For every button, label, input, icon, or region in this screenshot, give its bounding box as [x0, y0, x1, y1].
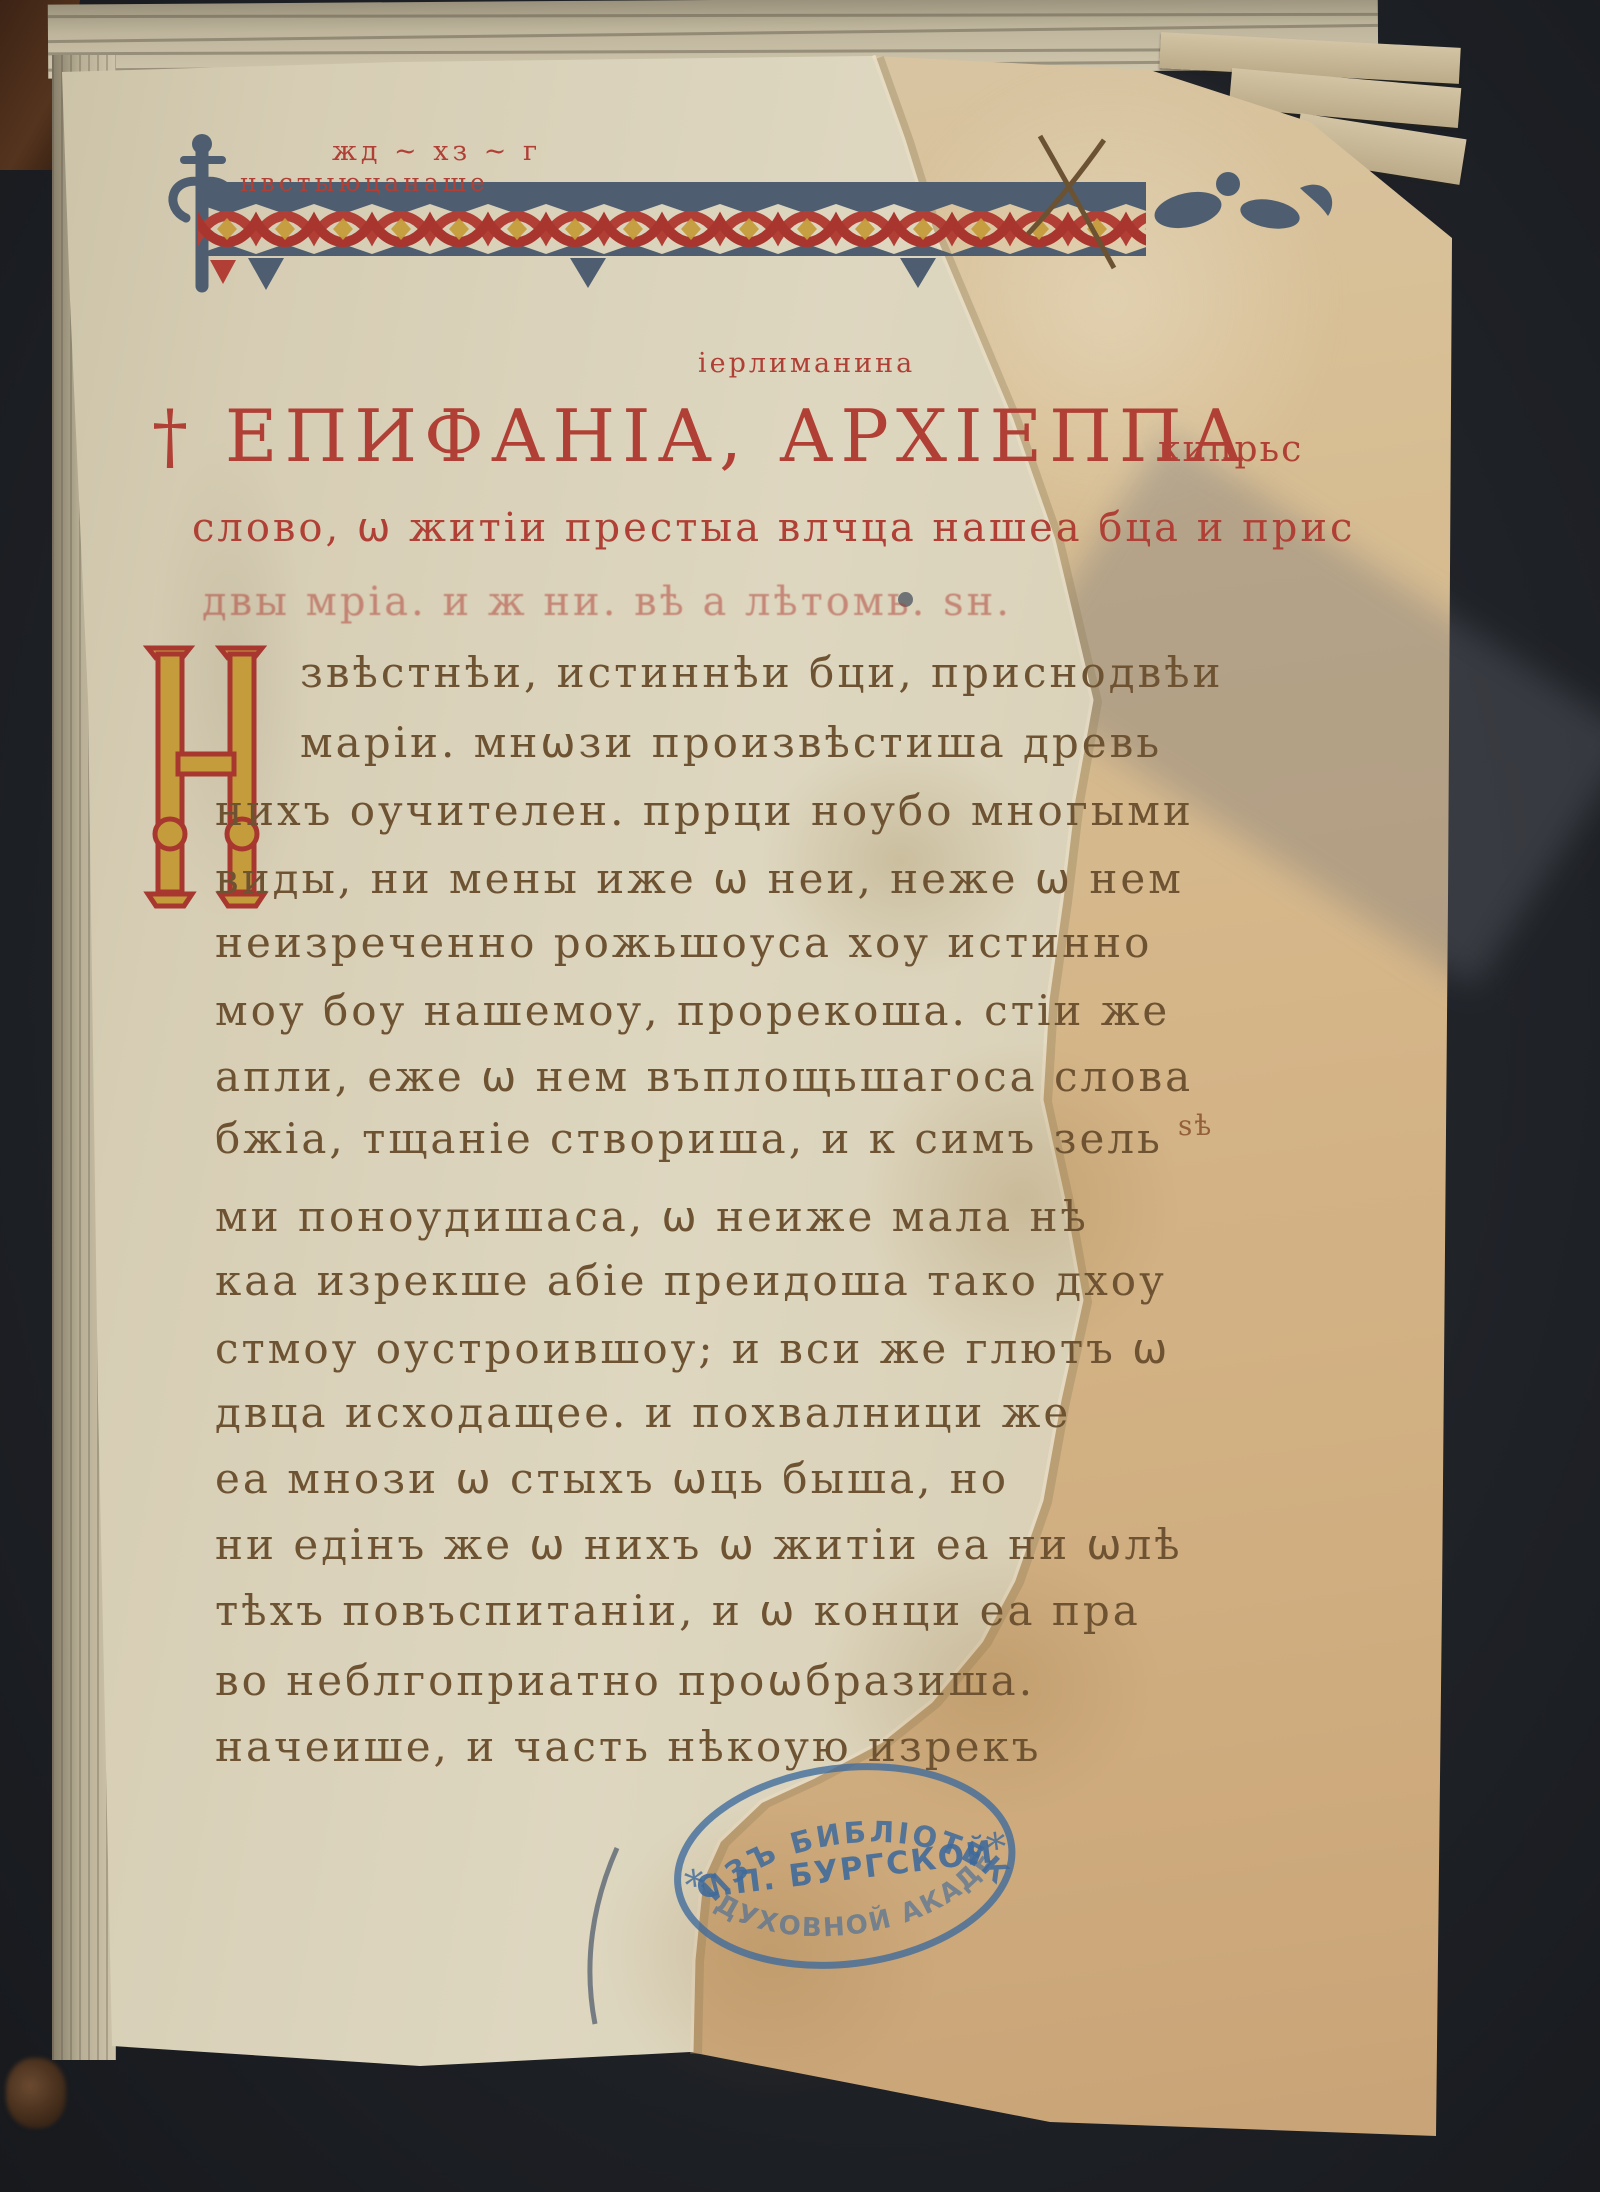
top-margin-marks: жд ~ хз ~ г	[332, 138, 541, 165]
headpiece-interlace	[140, 118, 1360, 318]
text-line: ми поноудишаса, ѡ неиже мала нѣ	[215, 1196, 1089, 1238]
text-line: апли, еже ѡ нем въплощьшагоса слова	[215, 1056, 1193, 1098]
pen-cross-mark	[1018, 126, 1128, 276]
manuscript-photo: жд ~ хз ~ г нвстыюцанаше іерлиманина † Е…	[0, 0, 1600, 2192]
headpiece-caption: іерлиманина	[698, 350, 915, 377]
headpiece-pendants	[248, 258, 936, 290]
title-line-3: двы мріа. и ж ни. вѣ а лѣтомь. ѕн.	[202, 582, 1012, 622]
text-line: еа мнози ѡ стыхъ ѡць быша, но	[215, 1458, 1009, 1500]
text-line: маріи. мнѡзи произвѣстиша древь	[300, 722, 1162, 764]
pen-stroke	[575, 1842, 635, 2032]
text-line: нихъ оучителен. пррци ноубо многыми	[215, 790, 1194, 832]
title-text: ЕПИФАНІА, АРХІЕППА	[225, 394, 1250, 478]
text-line: каа изрекше абіе преидоша тако дхоу	[215, 1260, 1167, 1302]
text-line: виды, ни мены иже ѡ неи, неже ѡ нем	[215, 858, 1184, 900]
text-line: моу боу нашемоу, прорекоша. стіи же	[215, 990, 1170, 1032]
text-line: бжіа, тщаніе створиша, и к симъ зель	[215, 1118, 1163, 1160]
text-line: двца исходащее. и похвалници же	[215, 1392, 1071, 1434]
side-margin-note: ѕѣ	[1178, 1112, 1213, 1140]
title-line-1-small: кипрьс	[1158, 432, 1303, 468]
title-line-2: слово, ѡ житіи престыа влчца нашеа бца и…	[192, 508, 1355, 548]
title-cross: †	[152, 394, 195, 478]
headpiece-pendant-red	[210, 260, 236, 284]
text-line: стмоу оустроившоу; и вси же глютъ ѡ	[215, 1328, 1170, 1370]
title-line-1: † ЕПИФАНІА, АРХІЕППА	[152, 400, 1250, 472]
text-line: неизреченно рожьшоуса хоу истинно	[215, 922, 1152, 964]
headpiece-right-finial	[1151, 172, 1332, 234]
text-line: тѣхъ повъспитаніи, и ѡ конци еа пра	[215, 1590, 1141, 1632]
top-margin-note: нвстыюцанаше	[240, 170, 489, 195]
text-line: ни едінъ же ѡ нихъ ѡ житіи еа ни ѡлѣ	[215, 1524, 1183, 1566]
text-line: звѣстнѣи, истиннѣи бци, приснодвѣи	[300, 652, 1224, 694]
library-stamp: ИЗЪ БИБЛІОТЕКИ С.П. БУРГСКОЙ * * ДУХОВНО…	[648, 1734, 1043, 2001]
text-line: во неблгоприатно проѡбразиша.	[215, 1660, 1035, 1702]
